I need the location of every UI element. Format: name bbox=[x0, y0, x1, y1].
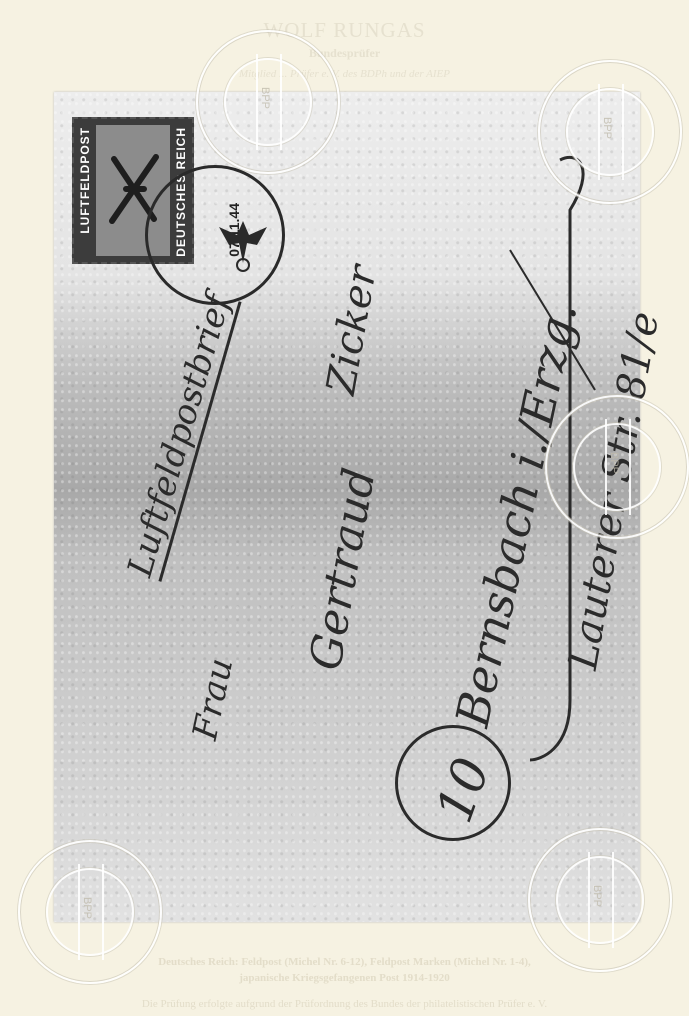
embossed-seal-middle-right: BPP bbox=[545, 395, 689, 539]
examiner-title: Bundesprüfer bbox=[0, 46, 689, 61]
footer-line-1: Deutsches Reich: Feldpost (Michel Nr. 6-… bbox=[0, 956, 689, 968]
embossed-seal-bottom-right: BPP bbox=[528, 828, 672, 972]
stamp-left-text: LUFTFELDPOST bbox=[78, 127, 92, 234]
examiner-name: WOLF RUNGAS bbox=[0, 18, 689, 43]
embossed-seal-top-center: BPP bbox=[196, 30, 340, 174]
footer-line-3: Die Prüfung erfolgte aufgrund der Prüfor… bbox=[0, 998, 689, 1010]
embossed-seal-top-right: BPP bbox=[538, 60, 682, 204]
postmark: 07.11.44 bbox=[145, 165, 285, 305]
eagle-icon bbox=[213, 213, 273, 273]
footer-line-2: japanische Kriegsgefangenen Post 1914-19… bbox=[0, 972, 689, 984]
